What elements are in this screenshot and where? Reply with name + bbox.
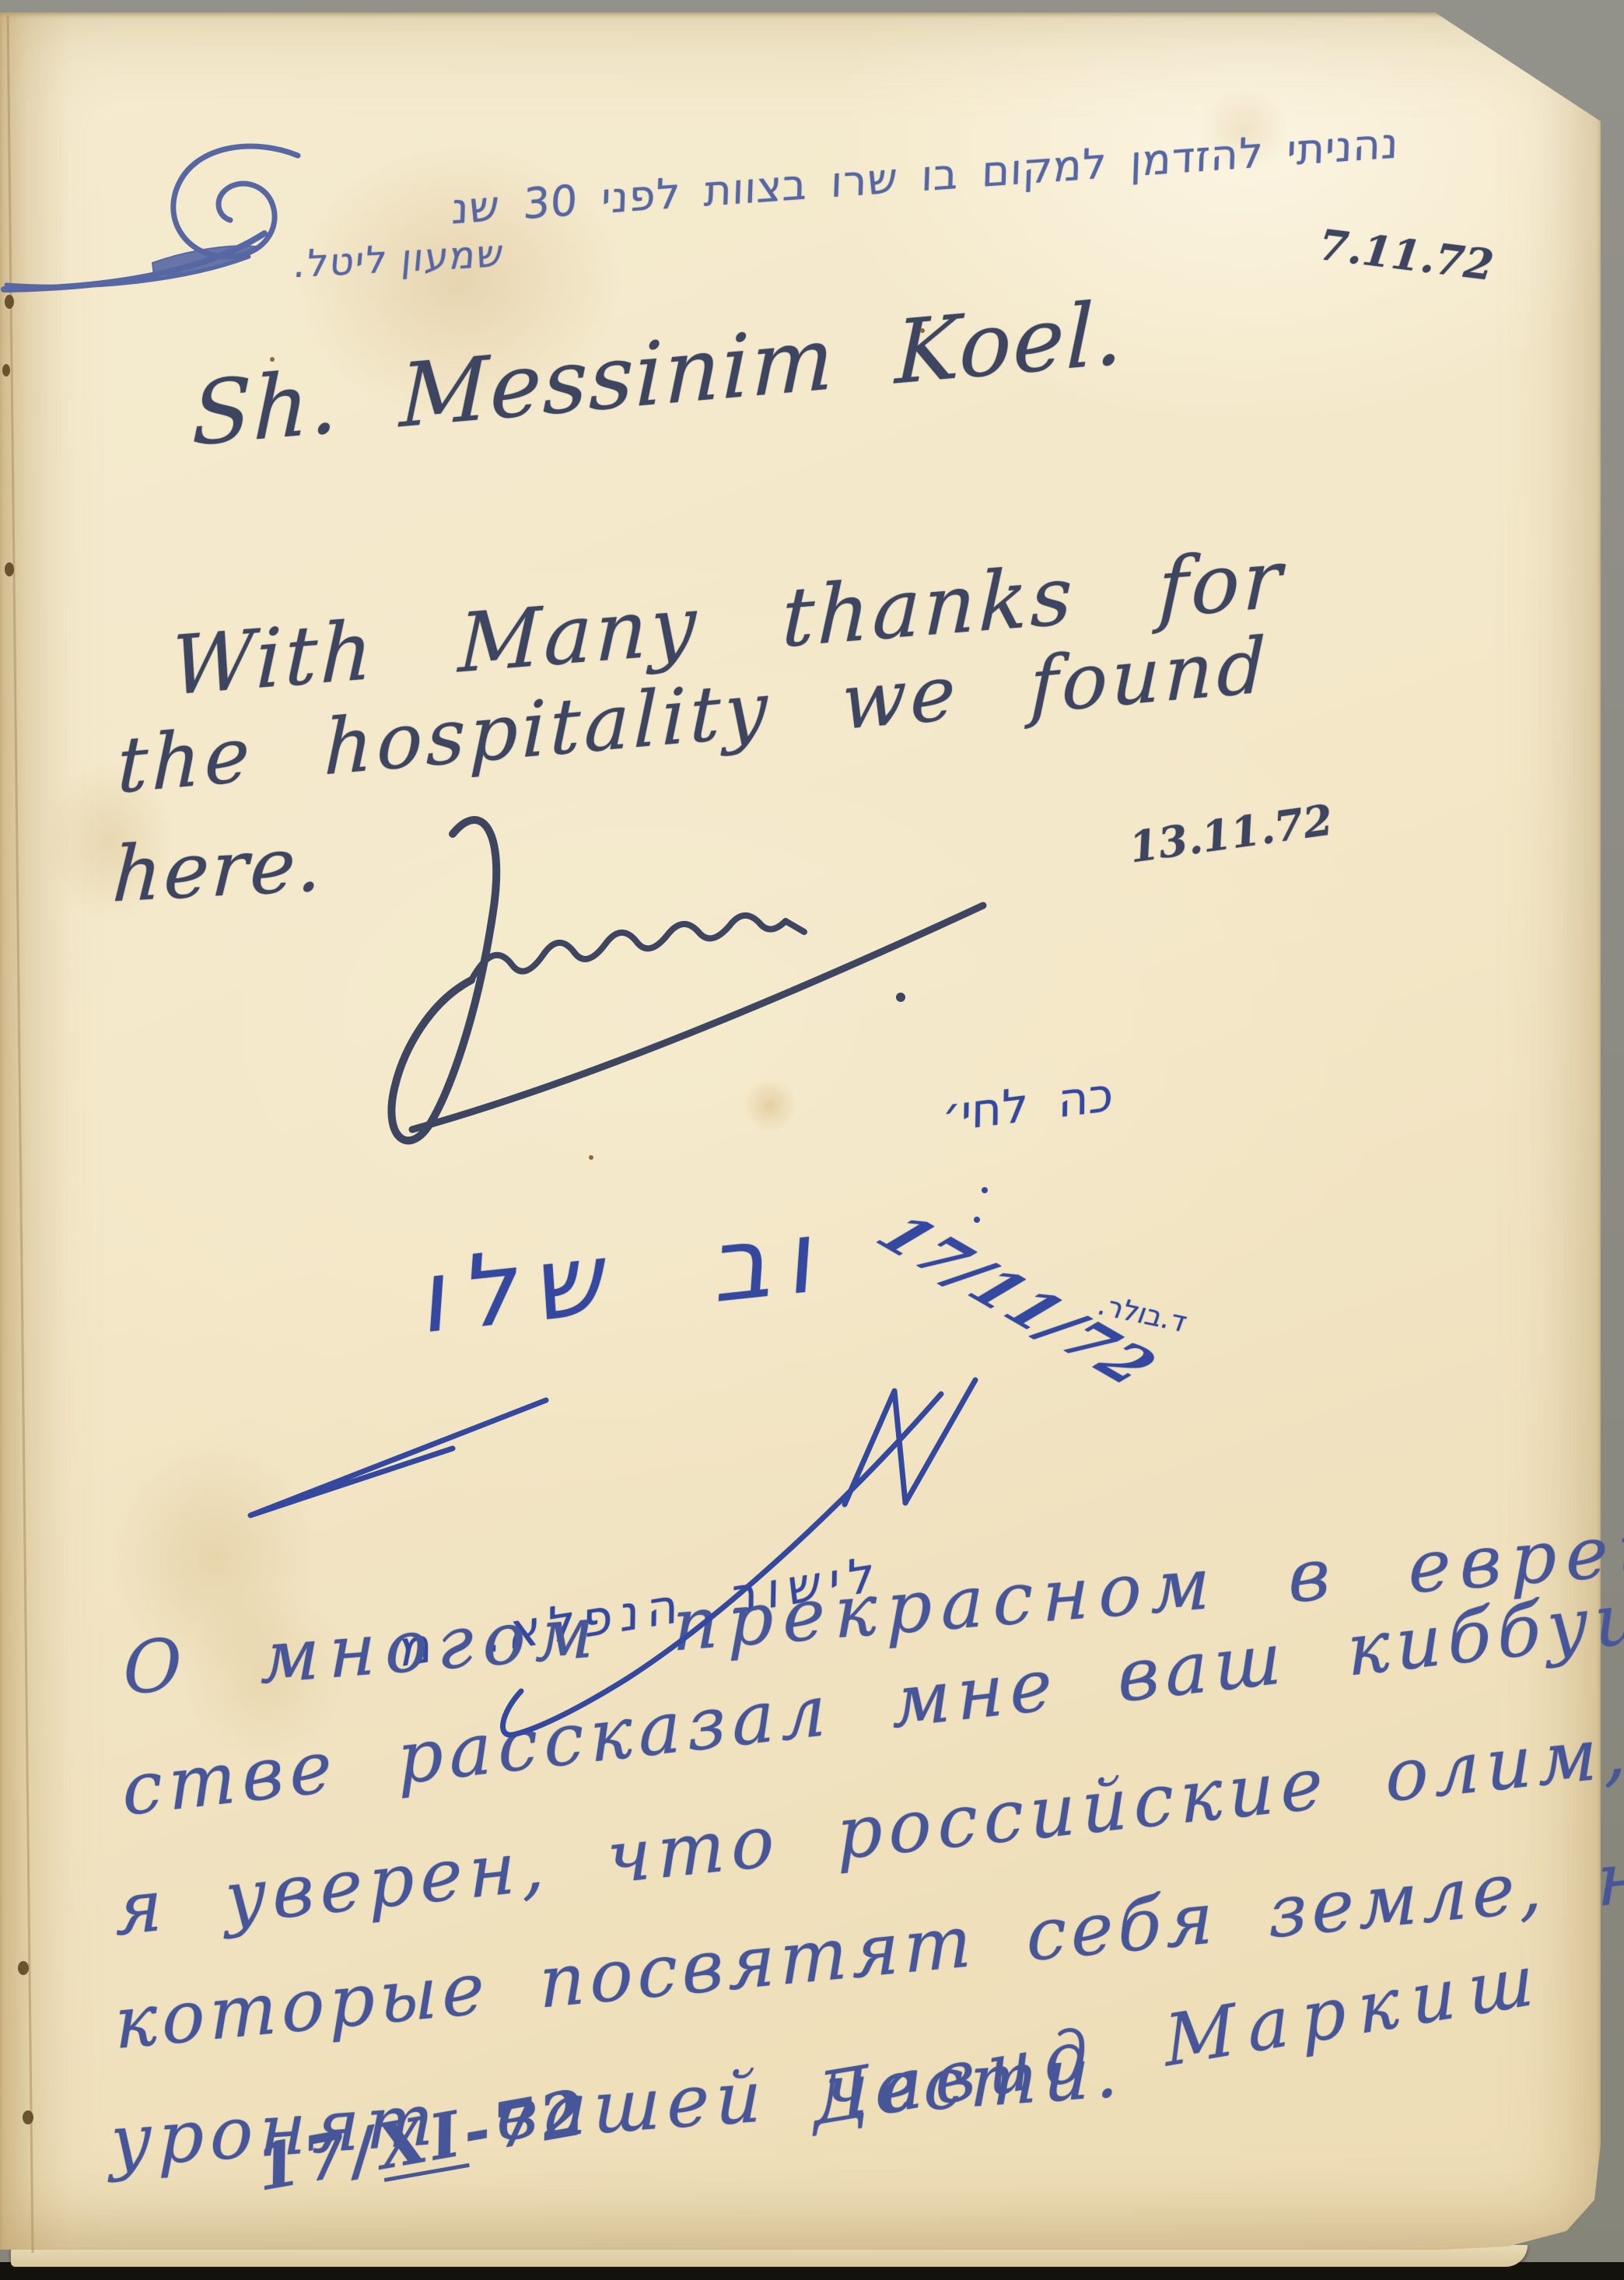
scanner-background: נהניתי להזדמן למקום בו שרו בצוות לפני 30…	[0, 0, 1624, 2280]
binding-shadow	[0, 12, 70, 2250]
english-entry-line-3: here.	[110, 820, 327, 920]
stain	[743, 1078, 797, 1133]
russian-date-month-roman: XI	[373, 2105, 470, 2182]
